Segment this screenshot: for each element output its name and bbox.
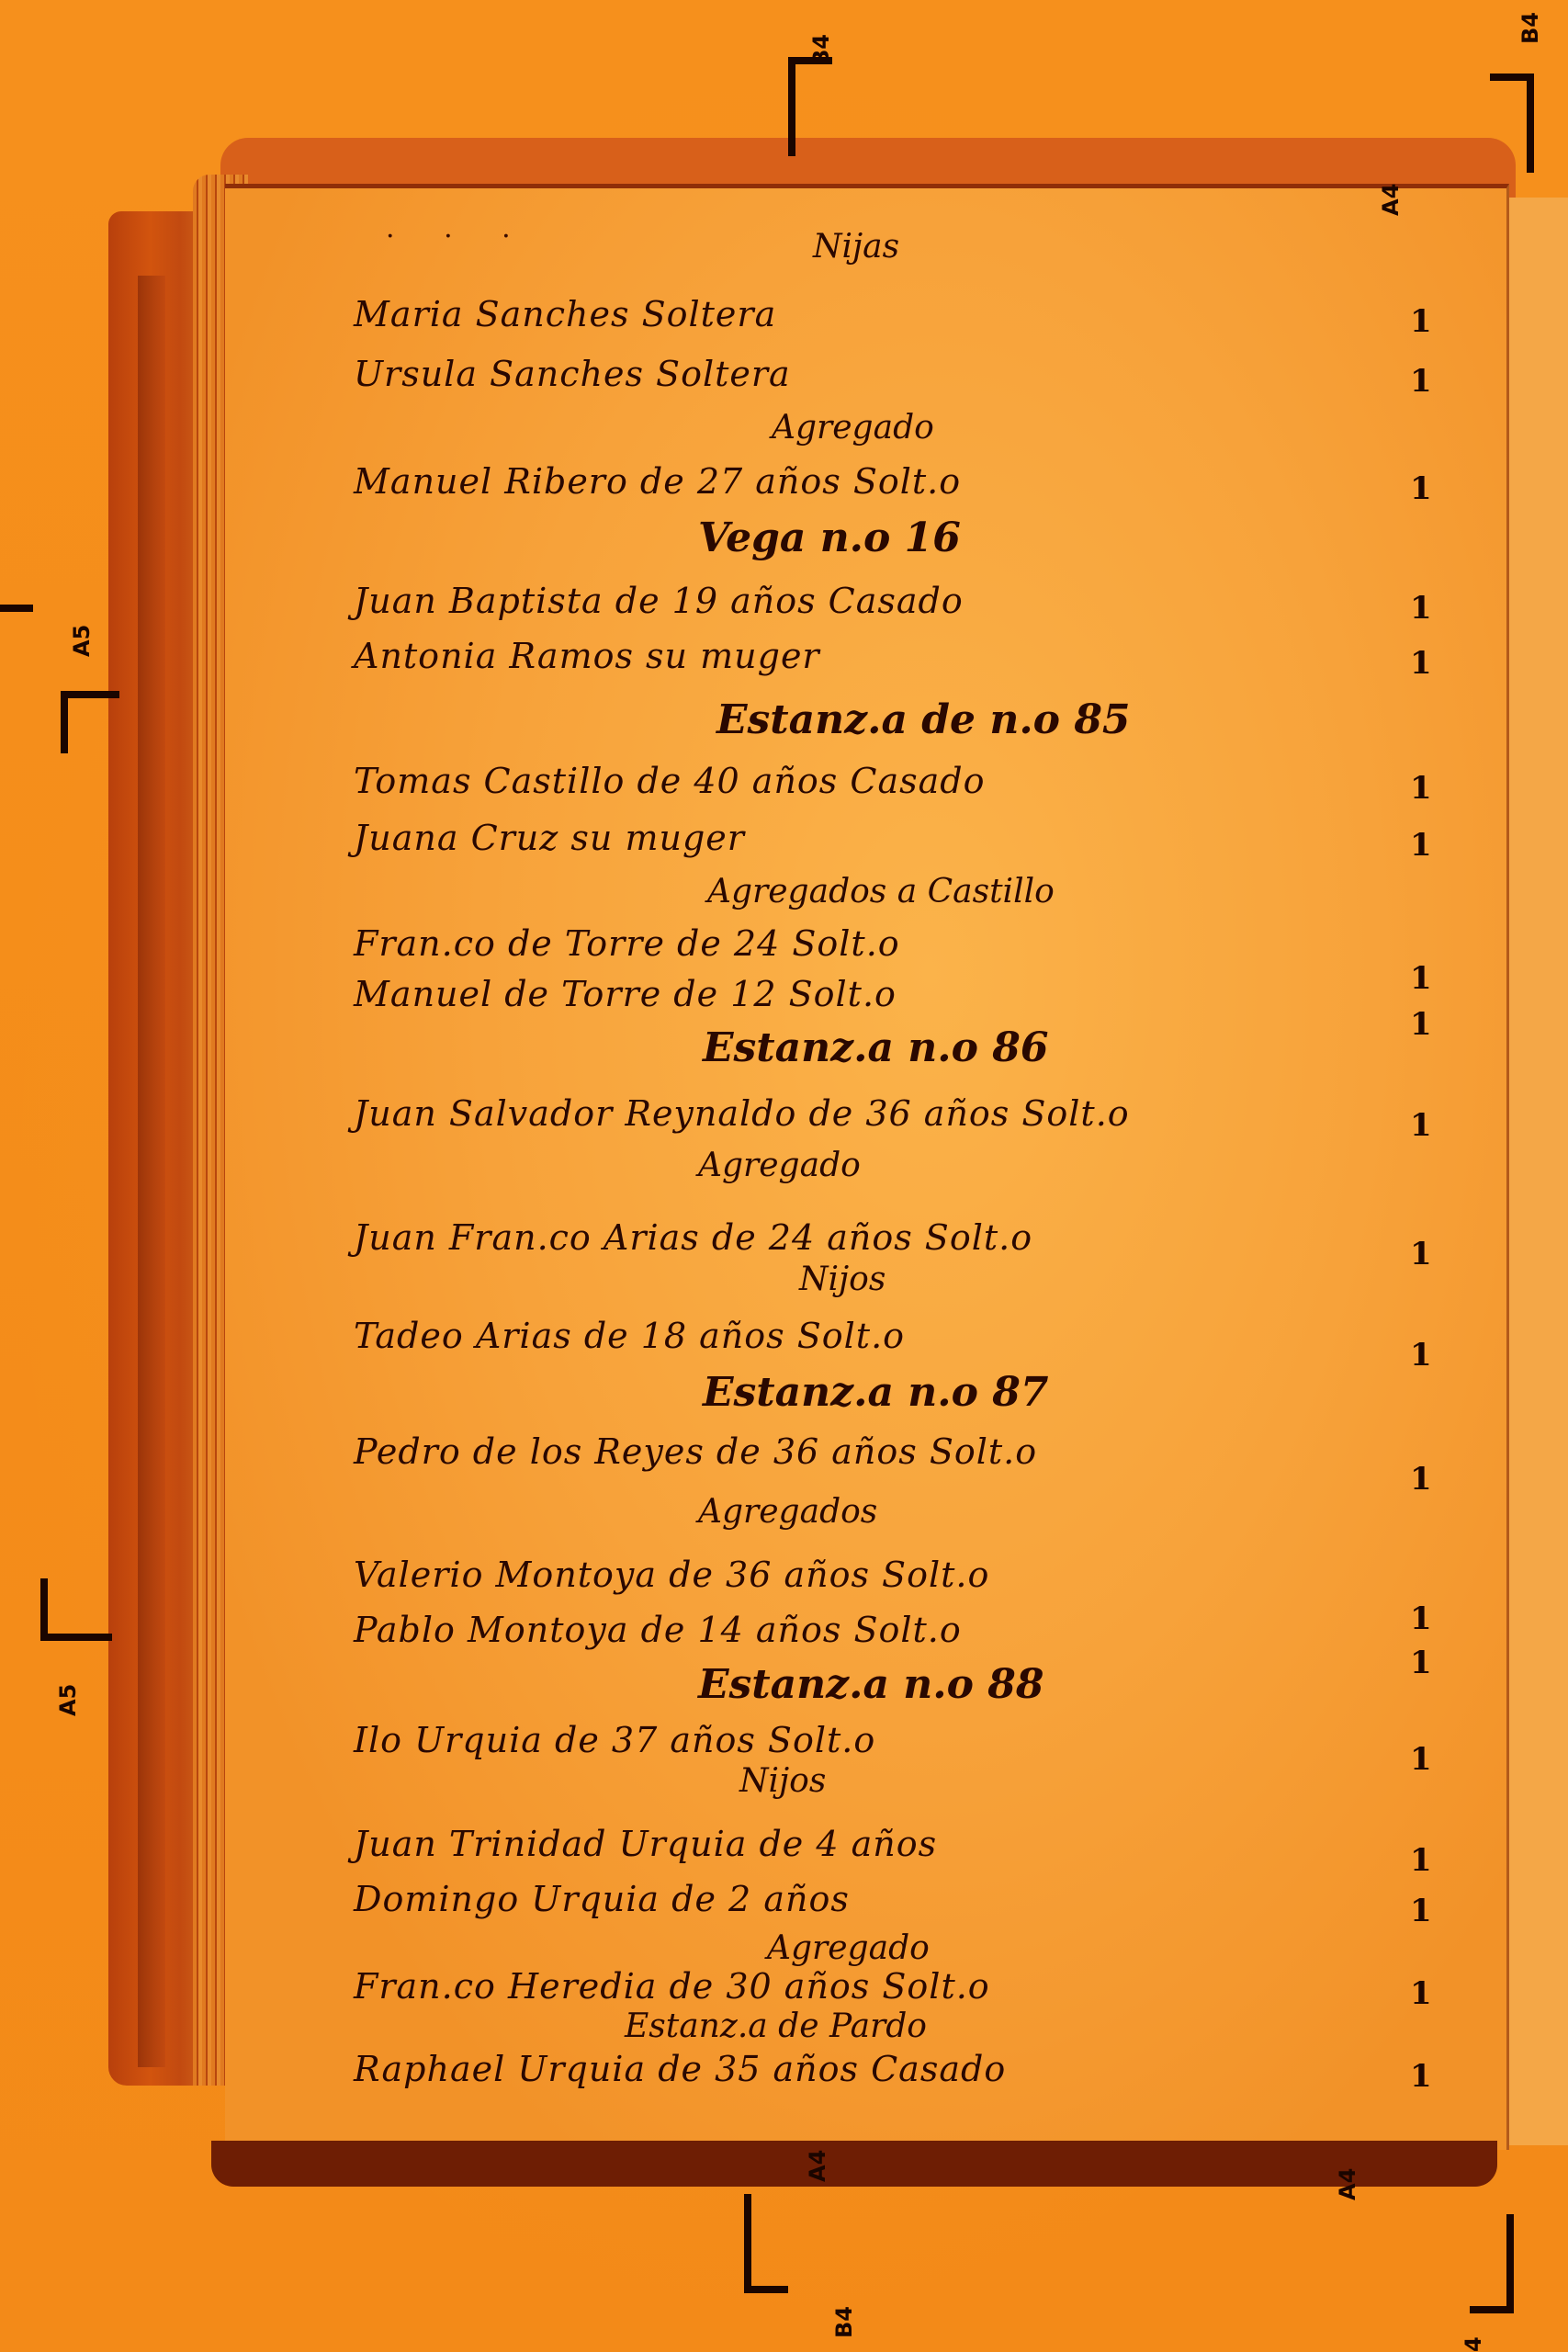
section-heading: Estanz.a n.o 87: [703, 1369, 1048, 1416]
section-heading: Estanz.a de Pardo: [625, 2007, 927, 2045]
tally-mark: 1: [1410, 770, 1432, 807]
section-heading: Vega n.o 16: [698, 514, 961, 561]
census-entry: Fran.co Heredia de 30 años Solt.o: [354, 1966, 990, 2007]
ditto-dots: · · ·: [386, 220, 531, 253]
tally-mark: 1: [1410, 1236, 1432, 1272]
tally-mark: 1: [1410, 1842, 1432, 1879]
tally-mark: 1: [1410, 2058, 1432, 2095]
crop-label-bottom-right: 4: [1461, 2336, 1486, 2352]
tally-mark: 1: [1410, 1600, 1432, 1637]
tally-mark: 1: [1410, 827, 1432, 864]
crop-mark-top-right: [1490, 73, 1534, 173]
section-heading: Nijos: [799, 1261, 886, 1298]
crop-mark-top-left: [788, 57, 832, 156]
tally-mark: 1: [1410, 1975, 1432, 2012]
crop-label-top-left: B4: [808, 34, 834, 66]
crop-mark-left-lower: [40, 1578, 112, 1641]
crop-label-b4-bottom: B4: [831, 2306, 857, 2338]
section-heading: Agregados a Castillo: [707, 873, 1055, 910]
census-entry: Manuel Ribero de 27 años Solt.o: [354, 461, 961, 502]
census-entry: Ursula Sanches Soltera: [354, 354, 791, 394]
crop-label-a4-bottom-right: A4: [1335, 2168, 1360, 2200]
tally-mark: 1: [1410, 303, 1432, 340]
census-entry: Ilo Urquia de 37 años Solt.o: [354, 1720, 875, 1760]
census-entry: Valerio Montoya de 36 años Solt.o: [354, 1555, 989, 1595]
census-entry: Juan Fran.co Arias de 24 años Solt.o: [354, 1217, 1032, 1258]
crop-mark-bottom-right: [1470, 2214, 1514, 2313]
crop-label-a4-top: A4: [1378, 184, 1404, 216]
census-entry: Manuel de Torre de 12 Solt.o: [354, 974, 897, 1014]
spine-shadow: [138, 276, 165, 2067]
census-entry: Pedro de los Reyes de 36 años Solt.o: [354, 1431, 1037, 1472]
tally-mark: 1: [1410, 1893, 1432, 1929]
tally-mark: 1: [1410, 1337, 1432, 1374]
section-heading: Estanz.a de n.o 85: [716, 696, 1131, 743]
section-heading: Nijos: [739, 1762, 826, 1800]
census-entry: Fran.co de Torre de 24 Solt.o: [354, 923, 900, 964]
tally-mark: 1: [1410, 1006, 1432, 1043]
census-entry: Juana Cruz su muger: [354, 818, 745, 858]
section-heading: Agregado: [698, 1147, 861, 1184]
census-entry: Tomas Castillo de 40 años Casado: [354, 761, 985, 801]
tally-mark: 1: [1410, 1461, 1432, 1498]
crop-label-a4-bottom-left: A4: [805, 2150, 830, 2182]
facing-page-edge: [1509, 198, 1568, 2145]
crop-mark-left-upper: [61, 691, 119, 753]
section-heading: Estanz.a n.o 88: [698, 1661, 1043, 1708]
tally-mark: 1: [1410, 590, 1432, 627]
tally-mark: 1: [1410, 1741, 1432, 1778]
crop-mark-bottom-left: [744, 2194, 788, 2293]
section-heading: Agregado: [772, 409, 934, 447]
census-entry: Pablo Montoya de 14 años Solt.o: [354, 1610, 962, 1650]
tally-mark: 1: [1410, 363, 1432, 400]
crop-label-a5-upper: A5: [69, 625, 95, 657]
page-bottom-shadow: [211, 2141, 1497, 2187]
tally-mark: 1: [1410, 645, 1432, 682]
section-heading: Agregado: [767, 1929, 930, 1967]
census-entry: Antonia Ramos su muger: [354, 636, 820, 676]
crop-tick-left-upper: [0, 605, 33, 612]
section-heading: Agregados: [698, 1493, 877, 1531]
census-entry: Juan Salvador Reynaldo de 36 años Solt.o: [354, 1093, 1130, 1134]
tally-mark: 1: [1410, 1645, 1432, 1681]
section-heading: Estanz.a n.o 86: [703, 1024, 1048, 1071]
census-entry: Domingo Urquia de 2 años: [354, 1879, 850, 1919]
tally-mark: 1: [1410, 960, 1432, 997]
census-entry: Juan Baptista de 19 años Casado: [354, 581, 964, 621]
tally-mark: 1: [1410, 1107, 1432, 1144]
census-entry: Maria Sanches Soltera: [354, 294, 776, 334]
census-entry: Juan Trinidad Urquia de 4 años: [354, 1824, 937, 1864]
tally-mark: 1: [1410, 470, 1432, 507]
census-entry: Tadeo Arias de 18 años Solt.o: [354, 1316, 905, 1356]
crop-label-top-right: B4: [1517, 12, 1543, 44]
section-heading: Nijas: [813, 228, 899, 266]
crop-label-a5-lower: A5: [55, 1684, 81, 1716]
census-entry: Raphael Urquia de 35 años Casado: [354, 2049, 1006, 2089]
